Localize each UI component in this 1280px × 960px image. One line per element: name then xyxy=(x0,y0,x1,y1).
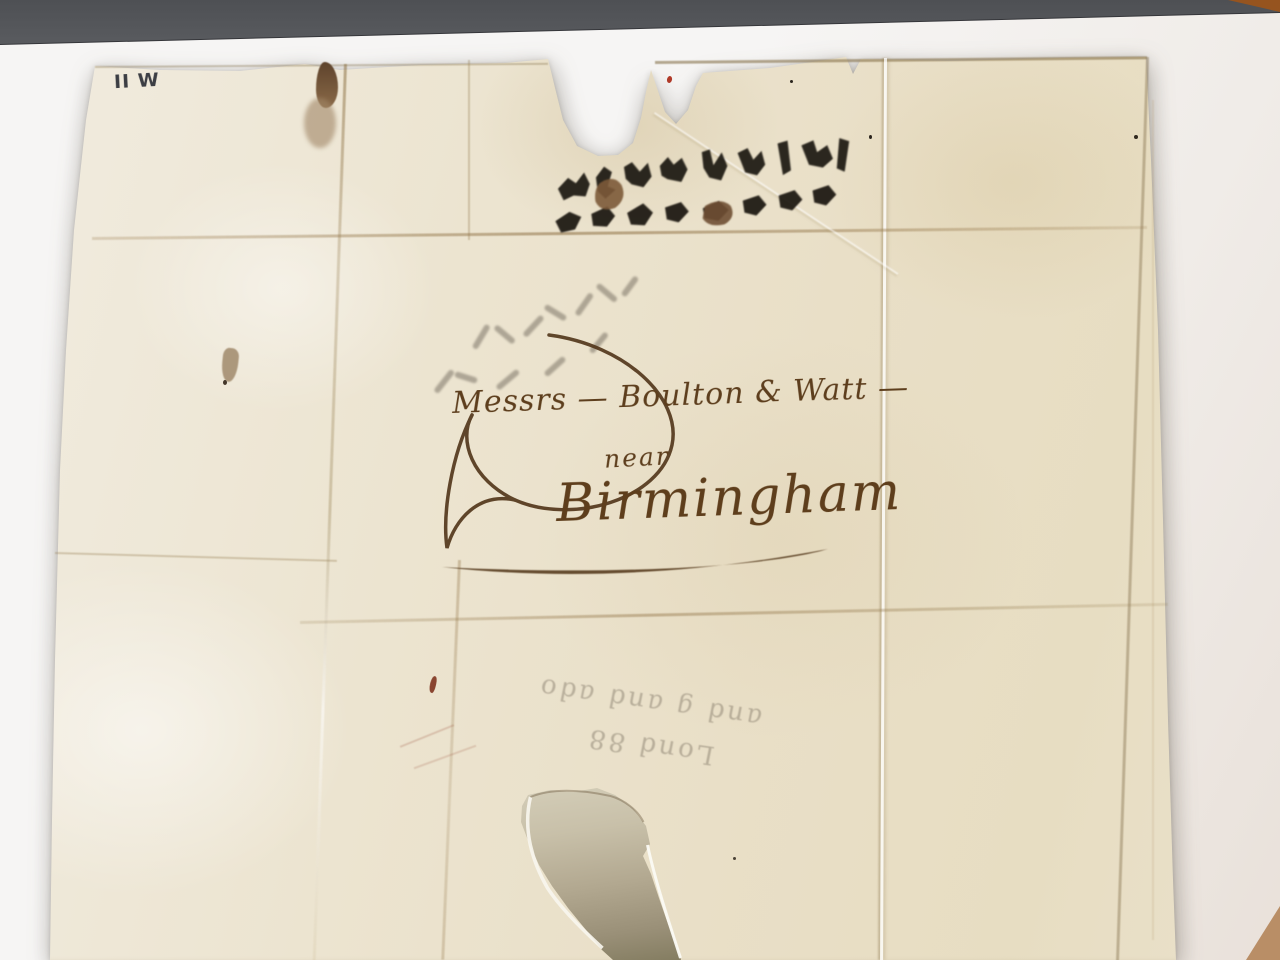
address-line-town: Birmingham xyxy=(555,462,903,534)
torn-hole-edges xyxy=(500,770,700,960)
paper-speck-3 xyxy=(1134,135,1138,139)
fold-crease-vertical-far-right xyxy=(1152,100,1154,940)
photo-of-letter: Messrs — Boulton & Watt — near Birmingha… xyxy=(0,0,1280,960)
paper-speck-2 xyxy=(869,135,872,139)
archival-mark: II W xyxy=(113,69,160,93)
paper-speck-1 xyxy=(790,80,793,83)
paper-speck-4 xyxy=(733,857,736,860)
stain-top-fold-halo xyxy=(304,98,336,148)
drip-stain-dot xyxy=(223,380,227,385)
fold-crease-vertical-upper-mid xyxy=(468,60,470,240)
birmingham-underline-flourish xyxy=(430,535,850,585)
address-line-near: near xyxy=(603,441,670,473)
